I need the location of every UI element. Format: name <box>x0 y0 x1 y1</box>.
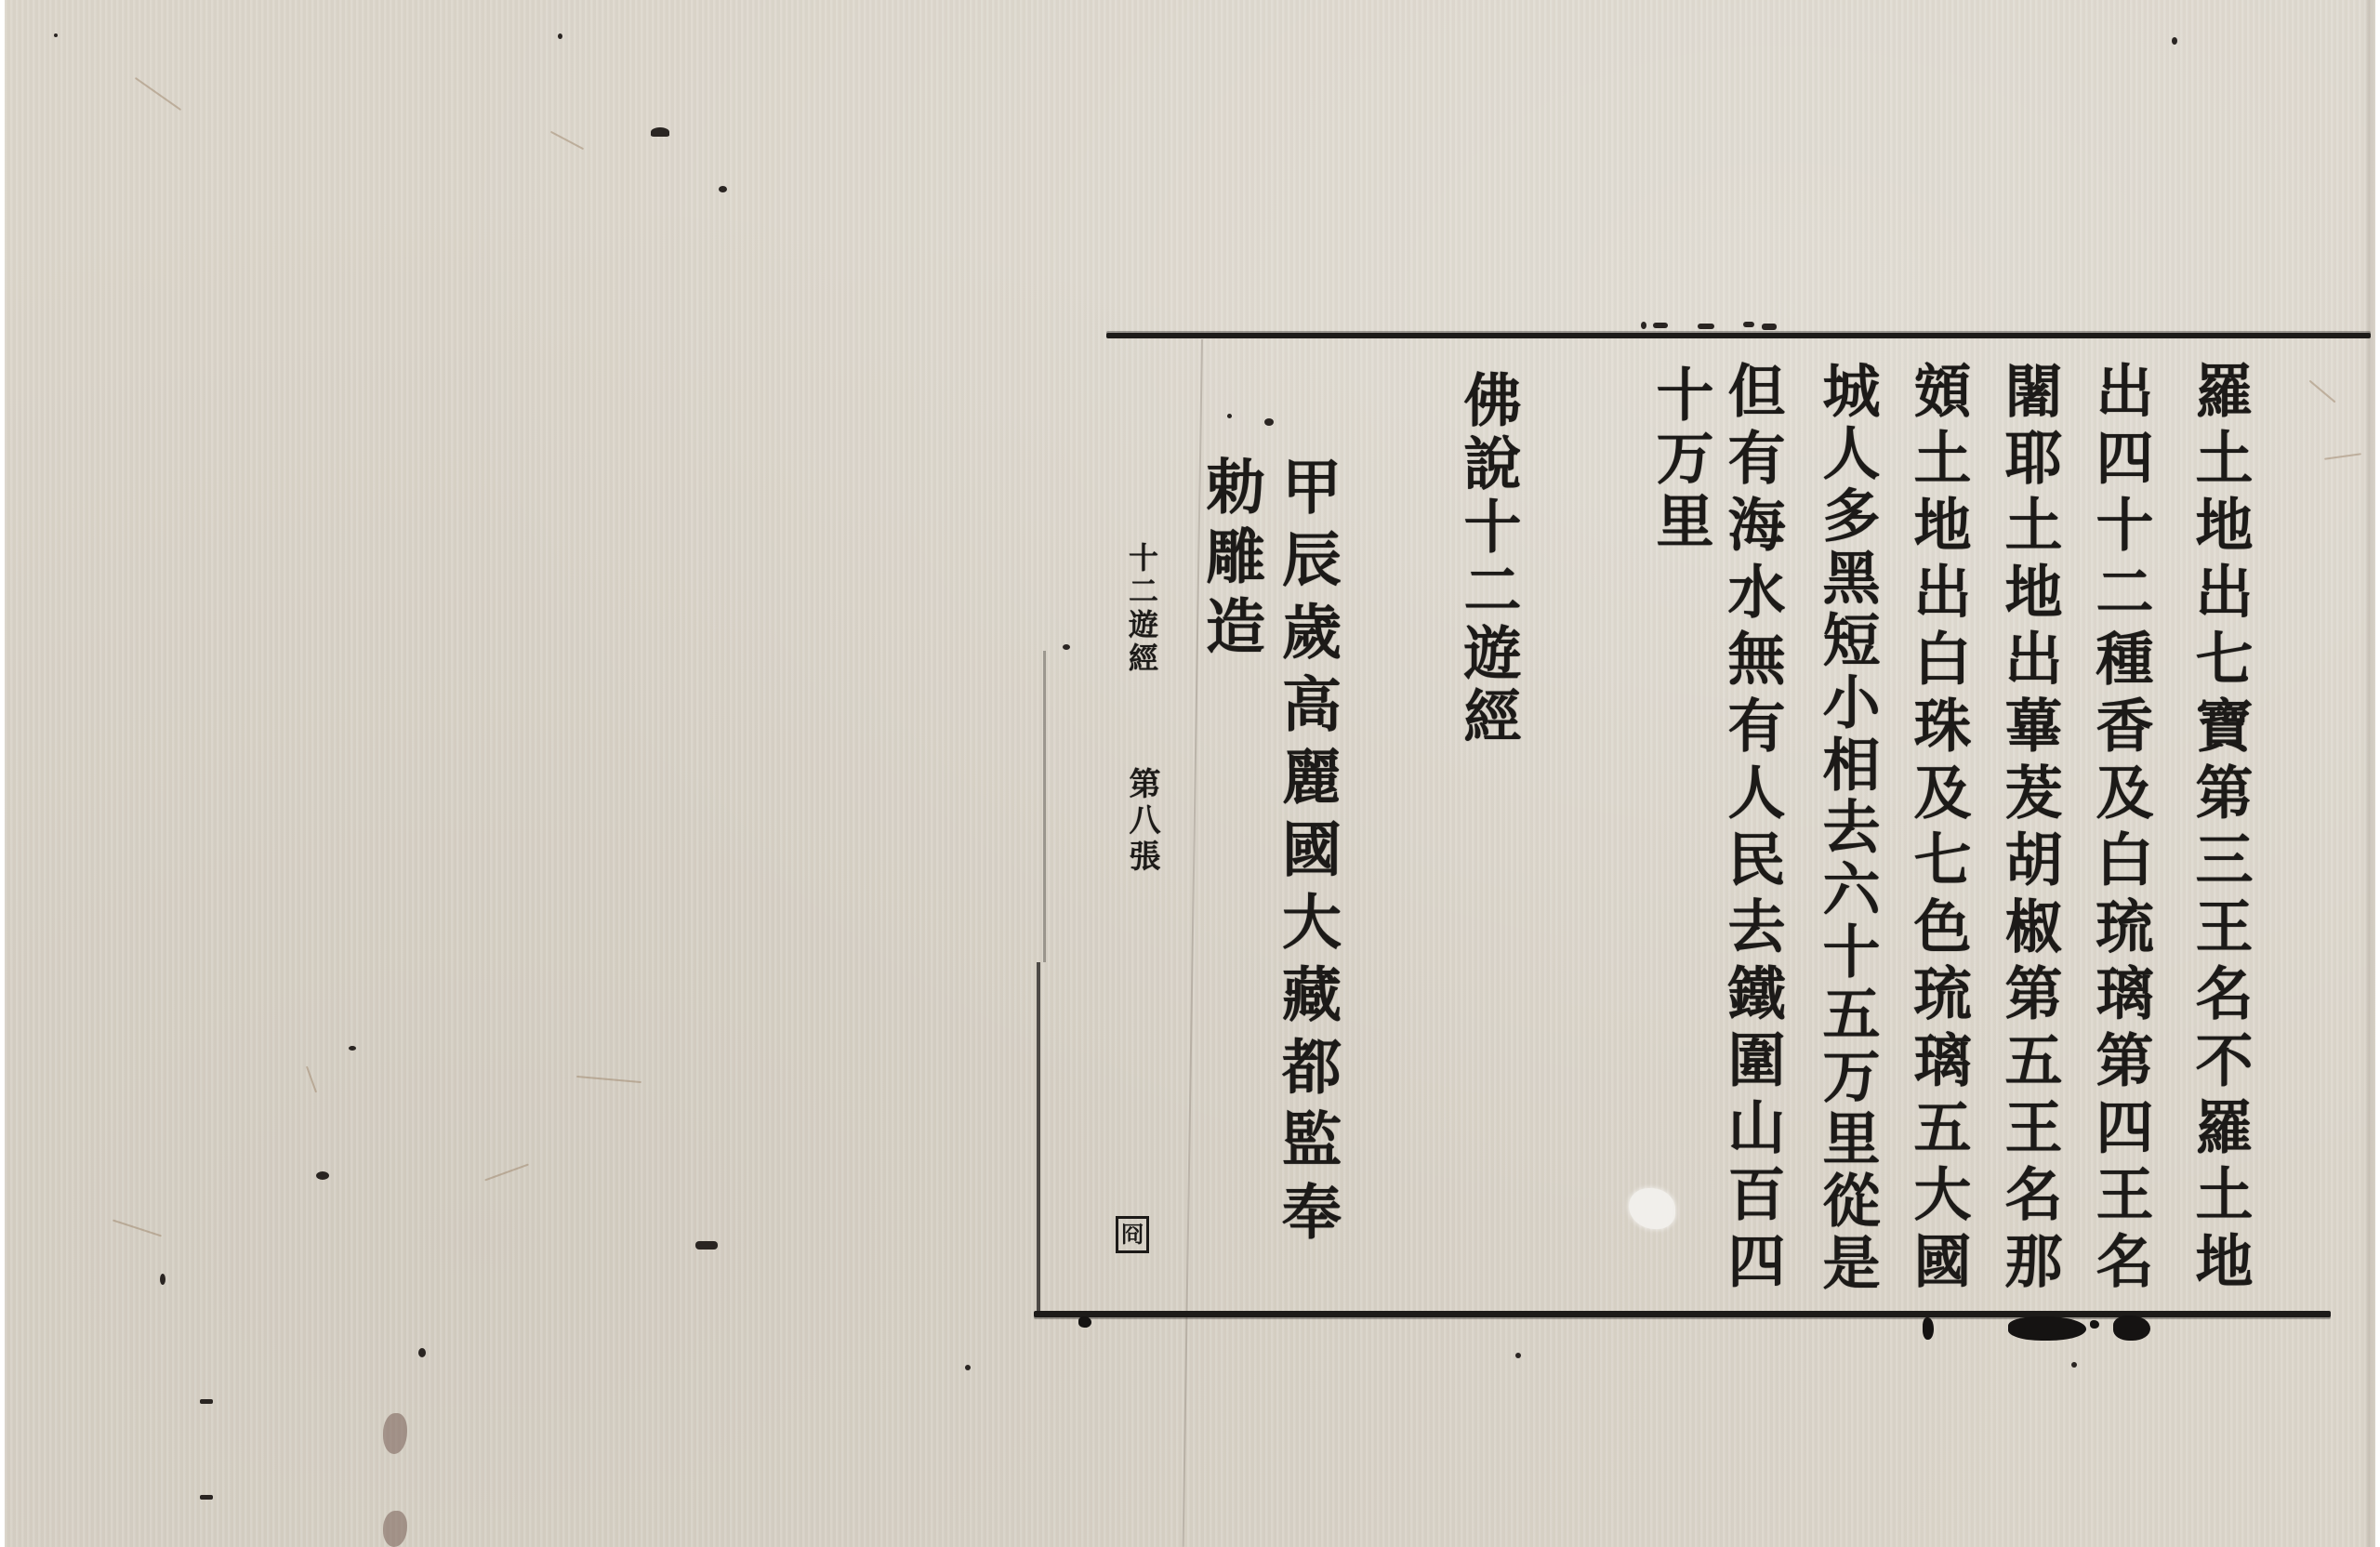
ink-speck <box>1762 324 1777 330</box>
ink-blot <box>2113 1316 2150 1341</box>
frame-top-rule <box>1106 333 2371 338</box>
colophon-line-1: 甲辰歲高麗國大藏都監奉 <box>1276 456 1336 1253</box>
paper-speck <box>316 1171 329 1180</box>
sutra-title: 佛說十二遊經 <box>1459 370 1516 749</box>
ink-blot <box>1078 1316 1091 1328</box>
ink-blot <box>2008 1316 2086 1341</box>
paper-edge-shadow <box>2364 0 2375 1547</box>
paper-speck <box>418 1348 426 1357</box>
paper-speck <box>54 33 58 37</box>
frame-left-rule <box>1037 962 1040 1314</box>
paper-speck <box>651 127 669 137</box>
ink-blot <box>2090 1320 2099 1329</box>
paper-speck <box>1264 418 1274 426</box>
text-column-5: 城人多黑短小相去六十五万里從是 <box>1818 361 1875 1295</box>
paper-speck <box>349 1046 356 1051</box>
paper-speck <box>2172 37 2177 45</box>
carver-mark-seal: 冏 <box>1116 1216 1149 1253</box>
text-column-3: 闍耶土地出蓽茇胡椒第五王名那 <box>2000 361 2057 1298</box>
ink-blot <box>1923 1317 1934 1340</box>
paper-speck <box>719 186 727 192</box>
paper-speck <box>2071 1362 2077 1368</box>
margin-short-title: 十二遊經 <box>1127 542 1157 676</box>
paper-speck <box>160 1274 165 1285</box>
paper-speck <box>1515 1353 1521 1358</box>
colophon-line-2: 勅雕造 <box>1200 456 1260 665</box>
paper-speck <box>558 33 562 39</box>
paper-speck <box>965 1365 971 1370</box>
text-column-7: 十万里 <box>1651 364 1709 554</box>
paper-speck <box>200 1399 213 1404</box>
text-column-1: 羅土地出七寶第三王名不羅土地 <box>2190 361 2248 1298</box>
text-column-2: 出四十二種香及白琉璃第四王名 <box>2091 361 2149 1298</box>
ink-speck <box>1653 323 1668 328</box>
paper-speck <box>200 1495 213 1500</box>
text-column-4: 頞土地出白珠及七色琉璃五大國 <box>1909 361 1966 1298</box>
ink-speck <box>1641 322 1646 329</box>
paper-speck <box>1063 644 1070 650</box>
paper-speck <box>695 1241 718 1249</box>
text-column-6: 但有海水無有人民去鐵圍山百四 <box>1723 361 1780 1298</box>
ink-speck <box>1698 324 1714 329</box>
frame-left-rule-faint <box>1043 651 1046 962</box>
ink-speck <box>1743 322 1754 327</box>
paper-speck <box>1227 414 1232 418</box>
sheet-number: 第八張 <box>1126 767 1157 876</box>
